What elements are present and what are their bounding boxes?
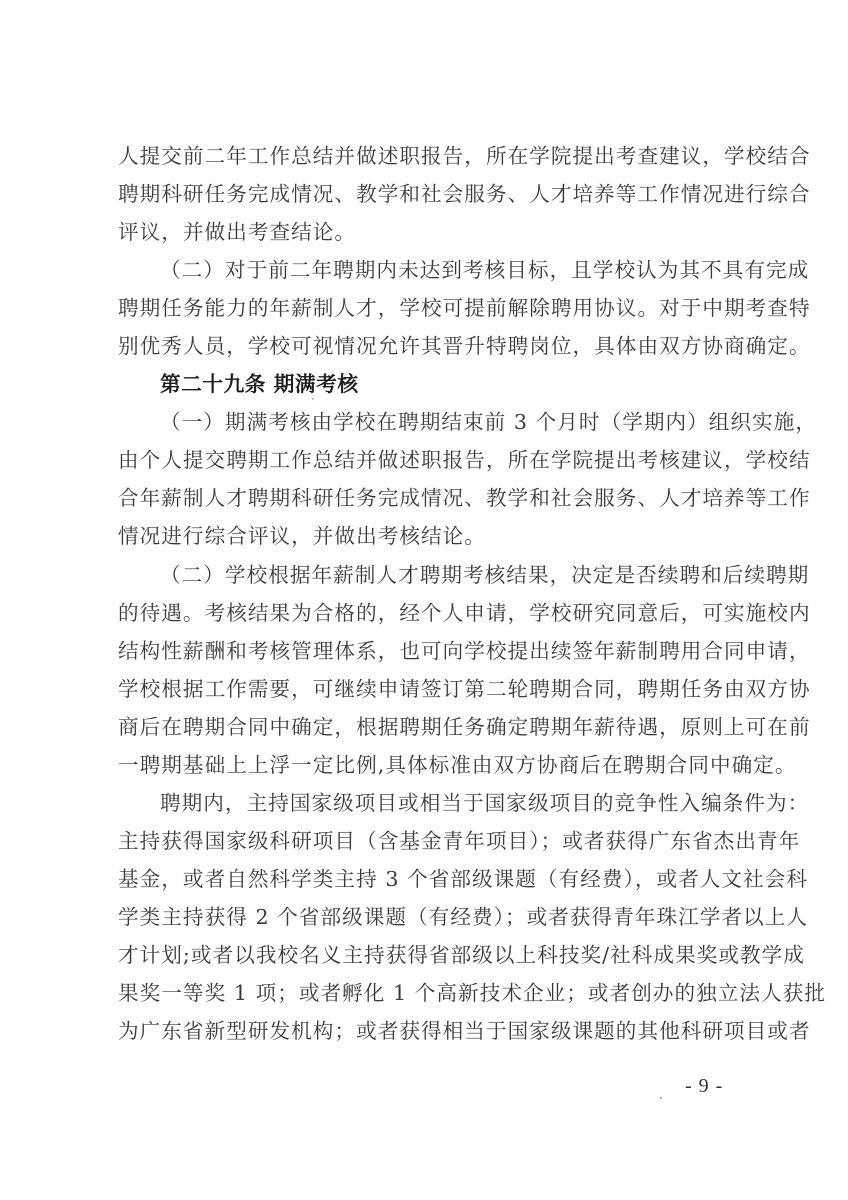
- text-line: 一聘期基础上上浮一定比例,具体标准由双方协商后在聘期合同中确定。: [118, 746, 726, 784]
- paragraph-start-line: （一）期满考核由学校在聘期结束前 3 个月时（学期内）组织实施，: [118, 403, 726, 441]
- scan-speck: [660, 1097, 662, 1099]
- text-line: 商后在聘期合同中确定，根据聘期任务确定聘期年薪待遇，原则上可在前: [118, 708, 726, 746]
- text-line: 结构性薪酬和考核管理体系，也可向学校提出续签年薪制聘用合同申请，: [118, 632, 726, 670]
- paragraph-start-line: （二）学校根据年薪制人才聘期考核结果，决定是否续聘和后续聘期: [118, 556, 726, 594]
- text-line: 聘期科研任务完成情况、教学和社会服务、人才培养等工作情况进行综合: [118, 175, 726, 213]
- text-line: 合年薪制人才聘期科研任务完成情况、教学和社会服务、人才培养等工作: [118, 479, 726, 517]
- scan-speck: [312, 398, 314, 400]
- article-heading: 第二十九条 期满考核: [118, 365, 726, 403]
- text-line: 才计划;或者以我校名义主持获得省部级以上科技奖/社科成果奖或教学成: [118, 936, 726, 974]
- text-line: 果奖一等奖 1 项；或者孵化 1 个高新技术企业；或者创办的独立法人获批: [118, 974, 726, 1012]
- text-line: 为广东省新型研发机构；或者获得相当于国家级课题的其他科研项目或者: [118, 1012, 726, 1050]
- text-line: 情况进行综合评议，并做出考核结论。: [118, 517, 726, 555]
- text-line: 聘期任务能力的年薪制人才，学校可提前解除聘用协议。对于中期考查特: [118, 289, 726, 327]
- text-line: 学校根据工作需要，可继续申请签订第二轮聘期合同，聘期任务由双方协: [118, 670, 726, 708]
- text-line: 基金，或者自然科学类主持 3 个省部级课题（有经费），或者人文社会科: [118, 860, 726, 898]
- text-line: 的待遇。考核结果为合格的，经个人申请，学校研究同意后，可实施校内: [118, 594, 726, 632]
- text-line: 别优秀人员，学校可视情况允许其晋升特聘岗位，具体由双方协商确定。: [118, 327, 726, 365]
- text-line: 评议，并做出考查结论。: [118, 213, 726, 251]
- paragraph-start-line: （二）对于前二年聘期内未达到考核目标，且学校认为其不具有完成: [118, 251, 726, 289]
- page-number: - 9 -: [685, 1075, 723, 1098]
- text-line: 人提交前二年工作总结并做述职报告，所在学院提出考查建议，学校结合: [118, 137, 726, 175]
- text-line: 学类主持获得 2 个省部级课题（有经费）；或者获得青年珠江学者以上人: [118, 898, 726, 936]
- text-line: 主持获得国家级科研项目（含基金青年项目）；或者获得广东省杰出青年: [118, 822, 726, 860]
- body-text: 人提交前二年工作总结并做述职报告，所在学院提出考查建议，学校结合 聘期科研任务完…: [118, 137, 726, 1050]
- document-page: 人提交前二年工作总结并做述职报告，所在学院提出考查建议，学校结合 聘期科研任务完…: [0, 0, 848, 1200]
- text-line: 由个人提交聘期工作总结并做述职报告，所在学院提出考核建议，学校结: [118, 441, 726, 479]
- paragraph-start-line: 聘期内，主持国家级项目或相当于国家级项目的竞争性入编条件为：: [118, 784, 726, 822]
